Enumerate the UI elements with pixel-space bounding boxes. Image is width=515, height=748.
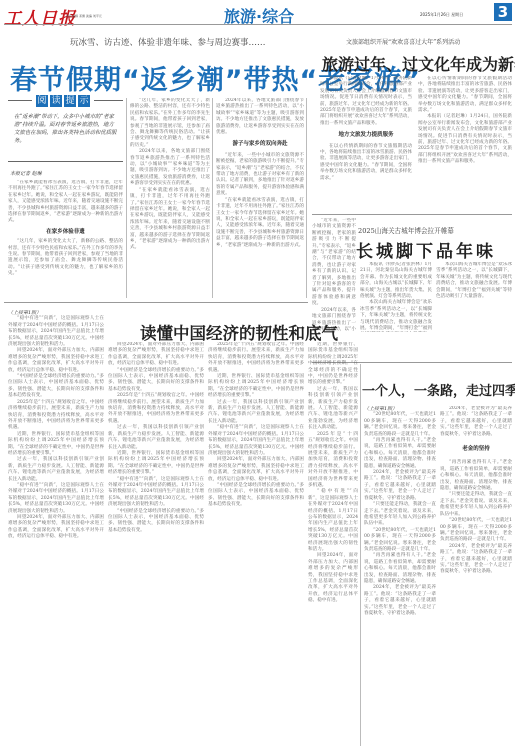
subhead: 在家乡体验非遗 [8,229,123,235]
paragraph: 2024年，老金被评为“最美养路工”。他说：“这条路我走了一辈子，看着它越来越好… [440,406,512,438]
paragraph: 本次山海关古城年博会是“欢乐冰雪季”系列活动之一，以“长城脚下，年味关城”为主题… [436,262,512,300]
paragraph: 过去一年，我国以科技创新引领产业创新，新质生产力稳步发展。人工智能、新能源汽车、… [308,387,358,432]
reading-tips-title: 阅 读 提 示 [32,95,94,107]
paragraph: 回望2024年，面对外部压力加大、内部困难增多的复杂严峻形势，我国坚持稳中求进工… [8,348,104,374]
paragraph: 回望2024年，面对外部压力加大、内部困难增多的复杂严峻形势，我国坚持稳中求进工… [208,457,304,483]
paragraph: “在家乡就能看冰雪表演，逛古镇，打卡非遗，过年不用再往外跑了。”家住江苏的王女士… [216,198,304,249]
paragraph: “中国经济是全球经济增长的重要动力。”多位国际人士表示，中国经济基本面稳、优势多… [108,509,204,535]
paragraph: “中国经济是全球经济增长的重要动力。”多位国际人士表示，中国经济基本面稳、优势多… [108,368,204,394]
paragraph: 2024年，老金被评为“最美养路工”。他说：“这条路我走了一辈子，看着它越来越好… [364,585,436,617]
column-divider [360,364,361,746]
lead-column-5: “近年来，一些中小城市的文旅资源不断被挖掘，老家的旅游吸引力不断提升。”专家表示… [312,218,356,332]
paragraph: “中国经济是全球经济增长的重要动力。”多位国际人士表示，中国经济基本面稳、优势多… [208,483,304,509]
greatwall-kicker: 2025山海关古城年博会拉开帷幕 [358,225,454,235]
paragraph: 近期，世界银行、国际货币基金组织等国际机构纷纷上调2025年中国经济增长预期。“… [8,432,104,458]
editor-credits: 责任编辑 邓旗 美编 刘平元 [66,14,102,18]
paragraph: 回望2024年，面对外部压力加大、内部困难增多的复杂严峻形势，我国坚持稳中求进工… [308,553,358,604]
masthead-rule [4,24,512,25]
paragraph: 2024年，老金被评为“最美养路工”。他说：“这条路我走了一辈子，看着它越来越好… [364,470,436,502]
paragraph: 回望2024年，面对外部压力加大、内部困难增多的复杂严峻形势，我国坚持稳中求进工… [8,515,104,541]
lead-kicker: 玩冰雪、访古迹、体验非遗年味、参与周边赛事…… [70,36,266,48]
greatwall-column-2: 本次山海关古城年博会是“欢乐冰雪季”系列活动之一，以“长城脚下，年味关城”为主题… [436,262,512,332]
lead-column-1: “在家乡就能看冰雪表演，逛古镇，打卡非遗，过年不用再往外跑了。”家住江苏的王女士… [8,180,123,298]
paragraph: “稳中有进”“向新”，这是国际观察人士在外媒对于2024年中国经济的概括。1月1… [8,483,104,515]
section-divider [4,302,308,303]
paragraph: “中国经济是全球经济增长的重要动力。”多位国际人士表示，中国经济基本面稳、优势多… [8,374,104,400]
paragraph: 2025年是“十四五”规划收官之年。中国经济将继续稳步前行。展望未来，新质生产力… [8,400,104,432]
greatwall-headline: 长城脚下品年味 [356,237,496,262]
paragraph: “再苦再累也得有人干。”老金说，巡路工作看似简单，却需要耐心和细心。每天清晨，他… [364,438,436,470]
subhead: 老金的坚持 [440,446,512,452]
section-divider [312,214,512,215]
paragraph: “再苦再累也得有人干。”老金说，巡路工作看似简单，却需要耐心和细心。每天清晨，他… [440,460,512,492]
page-number: 3 [494,3,512,21]
paragraph: “20世纪80年代，一天也就过100多辆车，现在一天得2000多辆。”老金回忆说… [364,412,436,438]
column-divider [306,98,307,298]
economy-column-4: 近期，世界银行、国际货币基金组织等国际机构纷纷上调2025年中国经济增长预期。“… [308,342,358,746]
column-divider [126,98,127,298]
economy-column-2: 回望2024年，面对外部压力加大、内部困难增多的复杂严峻形势，我国坚持稳中求进工… [108,342,204,746]
paragraph: “只要还能走得动，我就会一直走下去。”老金笑着说。谈及未来，他希望更多年轻人加入… [440,492,512,518]
walk-headline: 一个人，一条路，走过四季 [362,380,515,399]
paragraph: “在家乡就能看冰雪表演，逛古镇，打卡非遗，过年不用再往外跑了。”家住江苏的王女士… [8,180,123,225]
column-divider [212,98,213,298]
tip-char: 阅 [36,95,48,107]
tip-char: 读 [50,95,62,107]
paragraph: “再苦再累也得有人干。”老金说，巡路工作看似简单，却需要耐心和细心。每天清晨，他… [364,553,436,585]
side-column-1: 本报讯（记者赵琳）1月24日，国务院新闻办公室举行新闻发布会，文化和旅游部产业发… [320,76,412,212]
paragraph: “稳中有进”“向新”，这是国际观察人士在外媒对于2024年中国经济的概括。1月1… [108,477,204,509]
paragraph: “20世纪80年代，一天也就过100多辆车，现在一天得2000多辆。”老金回忆说… [364,528,436,554]
greatwall-column-1: 本报讯（特约记者张洪林）1月21日，河北秦皇岛山海关古城年博会开幕。作为长城文化… [360,262,432,332]
paragraph: “稳中有进”“向新”，这是国际观察人士在外媒对于2024年中国经济的概括。1月1… [208,425,304,457]
lead-column-3: 2024年以来，各地文旅部门围绕春节返乡旅游热推出了一系列特色活动，以“小城故事… [216,98,304,298]
paragraph: “只要还能走得动，我就会一直走下去。”老金笑着说。谈及未来，他希望更多年轻人加入… [364,502,436,528]
paragraph: “稳中有进”“向新”，这是国际观察人士在外媒对于2024年中国经济的概括。1月1… [8,316,104,348]
subhead: 地方文旅发力提质服务 [320,132,412,138]
paragraph: “近年来，一些中小城市的文旅资源不断被挖掘，老家的旅游吸引力不断提升。”专家表示… [312,218,356,308]
paragraph: 本次山海关古城年博会是“欢乐冰雪季”系列活动之一，以“长城脚下，年味关城”为主题… [360,300,432,332]
paragraph: 本报讯（特约记者张洪林）1月21日，河北秦皇岛山海关古城年博会开幕。作为长城文化… [360,262,432,300]
paragraph: 2024年，老金被评为“最美养路工”。他说：“这条路我走了一辈子，看着它越来越好… [440,544,512,576]
lead-byline: 本报记者 赵琳 [10,170,42,177]
paragraph: 2024年以来，各地文旅部门围绕春节返乡旅游热推出了一系列特色活动，以“小城故事… [130,149,210,187]
subhead: 游子与家乡的双向奔赴 [216,141,304,147]
paragraph: “稳中有进”“向新”，这是国际观察人士在外媒对于2024年中国经济的概括。1月1… [308,489,358,553]
side-kicker: 文旅部组织开展“欢欢喜喜过大年”系列活动 [346,37,460,46]
paragraph: 在以心传情新期间的春节文旅假期活动中，各地将陆续推出丰富的冰雪旅游、民俗体验、非… [320,144,412,182]
paragraph: 过去一年，我国以科技创新引领产业创新，新质生产力稳步发展。人工智能、新能源汽车、… [208,400,304,426]
economy-column-3: 2025年是“十四五”规划收官之年。中国经济将继续稳步前行。展望未来，新质生产力… [208,342,304,746]
paragraph: 过去一年，我国以科技创新引领产业创新，新质生产力稳步发展。人工智能、新能源汽车、… [8,457,104,483]
paragraph: 本报讯（记者赵琳）1月24日，国务院新闻办公室举行新闻发布会，文化和旅游部产业发… [320,76,412,127]
paragraph: 2025年是“十四五”规划收官之年。中国经济将继续稳步前行。展望未来，新质生产力… [108,393,204,425]
paragraph: 在以心传情新期间的春节文旅假期活动中，各地将陆续推出丰富的冰雪旅游、民俗体验、非… [418,76,512,114]
paragraph: 近期，世界银行、国际货币基金组织等国际机构纷纷上调2025年中国经济增长预期。“… [108,451,204,477]
paragraph: 2025年是“十四五”规划收官之年。中国经济将继续稳步前行。展望未来，新质生产力… [208,342,304,374]
paragraph: 近期，世界银行、国际货币基金组织等国际机构纷纷上调2025年中国经济增长预期。“… [308,342,358,387]
reading-tips-text: 在“返乡潮”带动下，众多中小城市的“老家游”持续升温。面对春节返乡旅游热，地方文… [14,113,118,145]
paragraph: “20世纪80年代，一天也就过100多辆车，现在一天得2000多辆。”老金回忆说… [440,518,512,544]
paragraph: “近年来，一些中小城市的文旅资源不断被挖掘，老家的旅游吸引力不断提升。”专家表示… [216,153,304,198]
paragraph: 2024年以来，各地文旅部门围绕春节返乡旅游热推出了一系列特色活动，以“小城故事… [216,98,304,136]
walk-column-2: 2024年，老金被评为“最美养路工”。他说：“这条路我走了一辈子，看着它越来越好… [440,406,512,746]
walk-column-1: （上接第1版） “20世纪80年代，一天也就过100多辆车，现在一天得2000多… [364,406,436,746]
side-column-2: 在以心传情新期间的春节文旅假期活动中，各地将陆续推出丰富的冰雪旅游、民俗体验、非… [418,76,512,212]
tip-char: 示 [78,95,90,107]
issue-date: 2025年1月26日 星期日 [420,12,463,18]
paragraph: 本报讯（记者赵琳）1月24日，国务院新闻办公室举行新闻发布会，文化和旅游部产业发… [418,114,512,165]
reading-tips-box: 阅 读 提 示 在“返乡潮”带动下，众多中小城市的“老家游”持续升温。面对春节返… [8,100,123,162]
lead-column-2: “这几年，家乡的变化太大了，新修的公路、整洁的村容，还有不少特色民宿和农家乐。”… [130,98,210,298]
paragraph: 过去一年，我国以科技创新引领产业创新，新质生产力稳步发展。人工智能、新能源汽车、… [108,425,204,451]
paragraph: “这几年，家乡的变化太大了，新修的公路、整洁的村容，还有不少特色民宿和农家乐。”… [130,98,210,149]
paragraph: 回望2024年，面对外部压力加大、内部困难增多的复杂严峻形势，我国坚持稳中求进工… [108,342,204,368]
paragraph: 近期，世界银行、国际货币基金组织等国际机构纷纷上调2025年中国经济增长预期。“… [208,374,304,400]
tip-char: 提 [64,95,76,107]
paragraph: “在家乡就能看冰雪表演，逛古镇，打卡非遗，过年不用再往外跑了。”家住江苏的王女士… [130,188,210,252]
side-headline: 旅游过年、过文化年成为新年俗 [322,52,515,75]
paragraph: “这几年，家乡的变化太大了，新修的公路、整洁的村容，还有不少特色民宿和农家乐。”… [8,239,123,277]
paragraph: 2025年是“十四五”规划收官之年。中国经济将继续稳步前行。展望未来，新质生产力… [308,432,358,490]
economy-column-1: （上接第1版） “稳中有进”“向新”，这是国际观察人士在外媒对于2024年中国经… [8,310,104,746]
economy-headline: 读懂中国经济的韧性和底气 [140,320,338,344]
